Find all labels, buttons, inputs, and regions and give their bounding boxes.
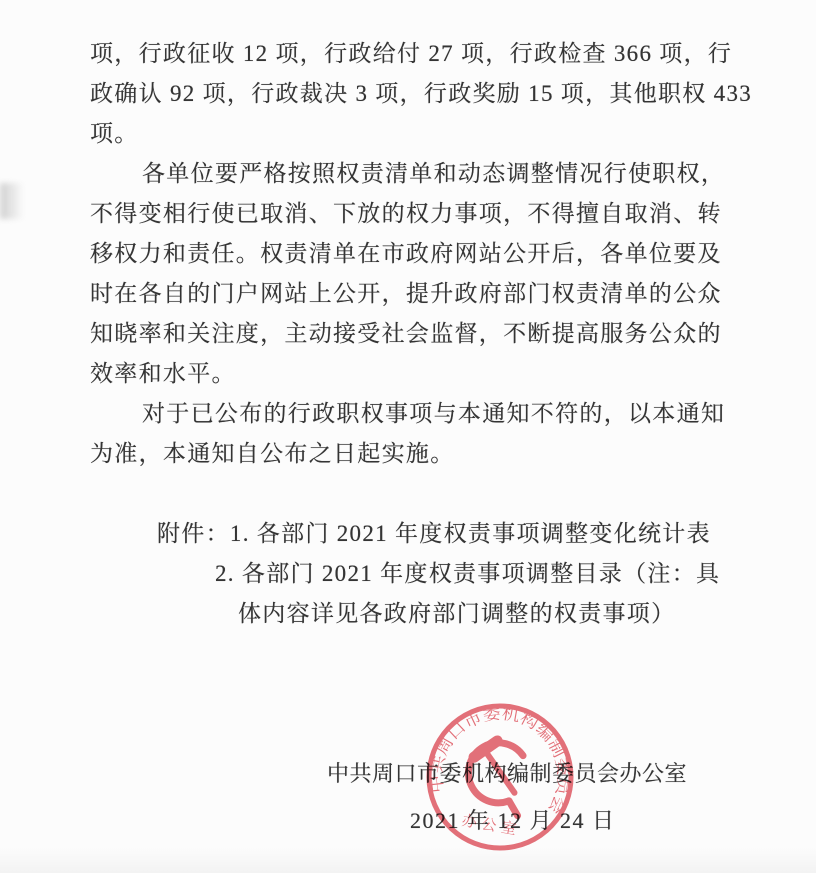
body-line: 对于已公布的行政职权事项与本通知不符的，以本通知 [90,394,752,434]
attachment-line: 体内容详见各政府部门调整的权责事项） [90,594,752,634]
body-line: 项。 [90,114,752,154]
attachment-line: 附件：1. 各部门 2021 年度权责事项调整变化统计表 [90,514,752,554]
official-seal: 中共周口市委机构编制委员会 办公室 [407,684,592,869]
body-line: 效率和水平。 [90,354,752,394]
attachment-line: 2. 各部门 2021 年度权责事项调整目录（注：具 [90,554,752,594]
body-line: 时在各自的门户网站上公开，提升政府部门权责清单的公众 [90,274,752,314]
seal-bottom-text: 办公室 [460,812,522,839]
body-line: 知晓率和关注度，主动接受社会监督，不断提高服务公众的 [90,314,752,354]
document-page: 项，行政征收 12 项，行政给付 27 项，行政检查 366 项，行 政确认 9… [0,0,816,873]
document-body: 项，行政征收 12 项，行政给付 27 项，行政检查 366 项，行 政确认 9… [90,34,752,634]
body-line: 各单位要严格按照权责清单和动态调整情况行使职权， [90,154,752,194]
body-line: 政确认 92 项，行政裁决 3 项，行政奖励 15 项，其他职权 433 [90,74,752,114]
scan-artifact [0,183,24,219]
body-line: 为准，本通知自公布之日起实施。 [90,434,752,474]
body-line: 移权力和责任。权责清单在市政府网站公开后，各单位要及 [90,234,752,274]
blank-line [90,474,752,514]
body-line: 项，行政征收 12 项，行政给付 27 项，行政检查 366 项，行 [90,34,752,74]
hammer-and-sickle-icon [462,737,530,816]
body-line: 不得变相行使已取消、下放的权力事项，不得擅自取消、转 [90,194,752,234]
page-bottom-shading [0,847,816,873]
